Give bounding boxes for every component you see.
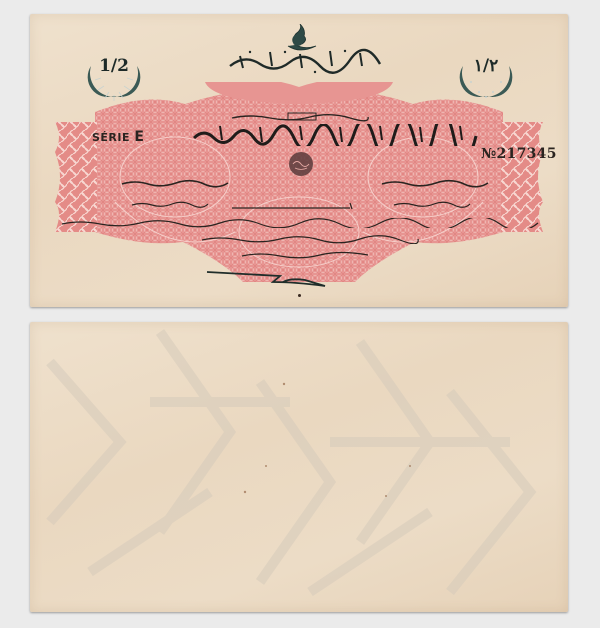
serial-number: №217345 — [481, 146, 557, 162]
paragraph-line-2 — [200, 234, 420, 244]
denomination-left: 1/2 — [85, 56, 143, 76]
text-line-right — [380, 178, 490, 188]
header-calligraphy — [225, 48, 385, 74]
crescent-seal-icon: 1/2 — [85, 50, 143, 108]
banknote-front: 1/2 ١/٢ SÉRIE E №217345 — [30, 14, 568, 307]
text-line-right-2 — [392, 200, 472, 208]
text-line-left — [120, 178, 230, 188]
banknote-back — [30, 322, 568, 612]
ink-dot — [298, 294, 301, 297]
watermark-pattern — [30, 322, 568, 612]
paragraph-line-3 — [240, 250, 370, 260]
series-letter: E — [134, 129, 144, 145]
text-line-center — [230, 202, 360, 210]
denomination-right: ١/٢ — [457, 56, 515, 76]
main-calligraphy — [190, 124, 480, 146]
text-line-left-2 — [130, 200, 210, 208]
signature-icon — [205, 268, 330, 288]
date-line — [230, 112, 370, 122]
paragraph-line-1 — [60, 218, 540, 228]
crescent-seal-icon: ١/٢ — [457, 50, 515, 108]
series-label: SÉRIE E — [92, 129, 144, 145]
stamp-seal-icon — [288, 151, 314, 177]
